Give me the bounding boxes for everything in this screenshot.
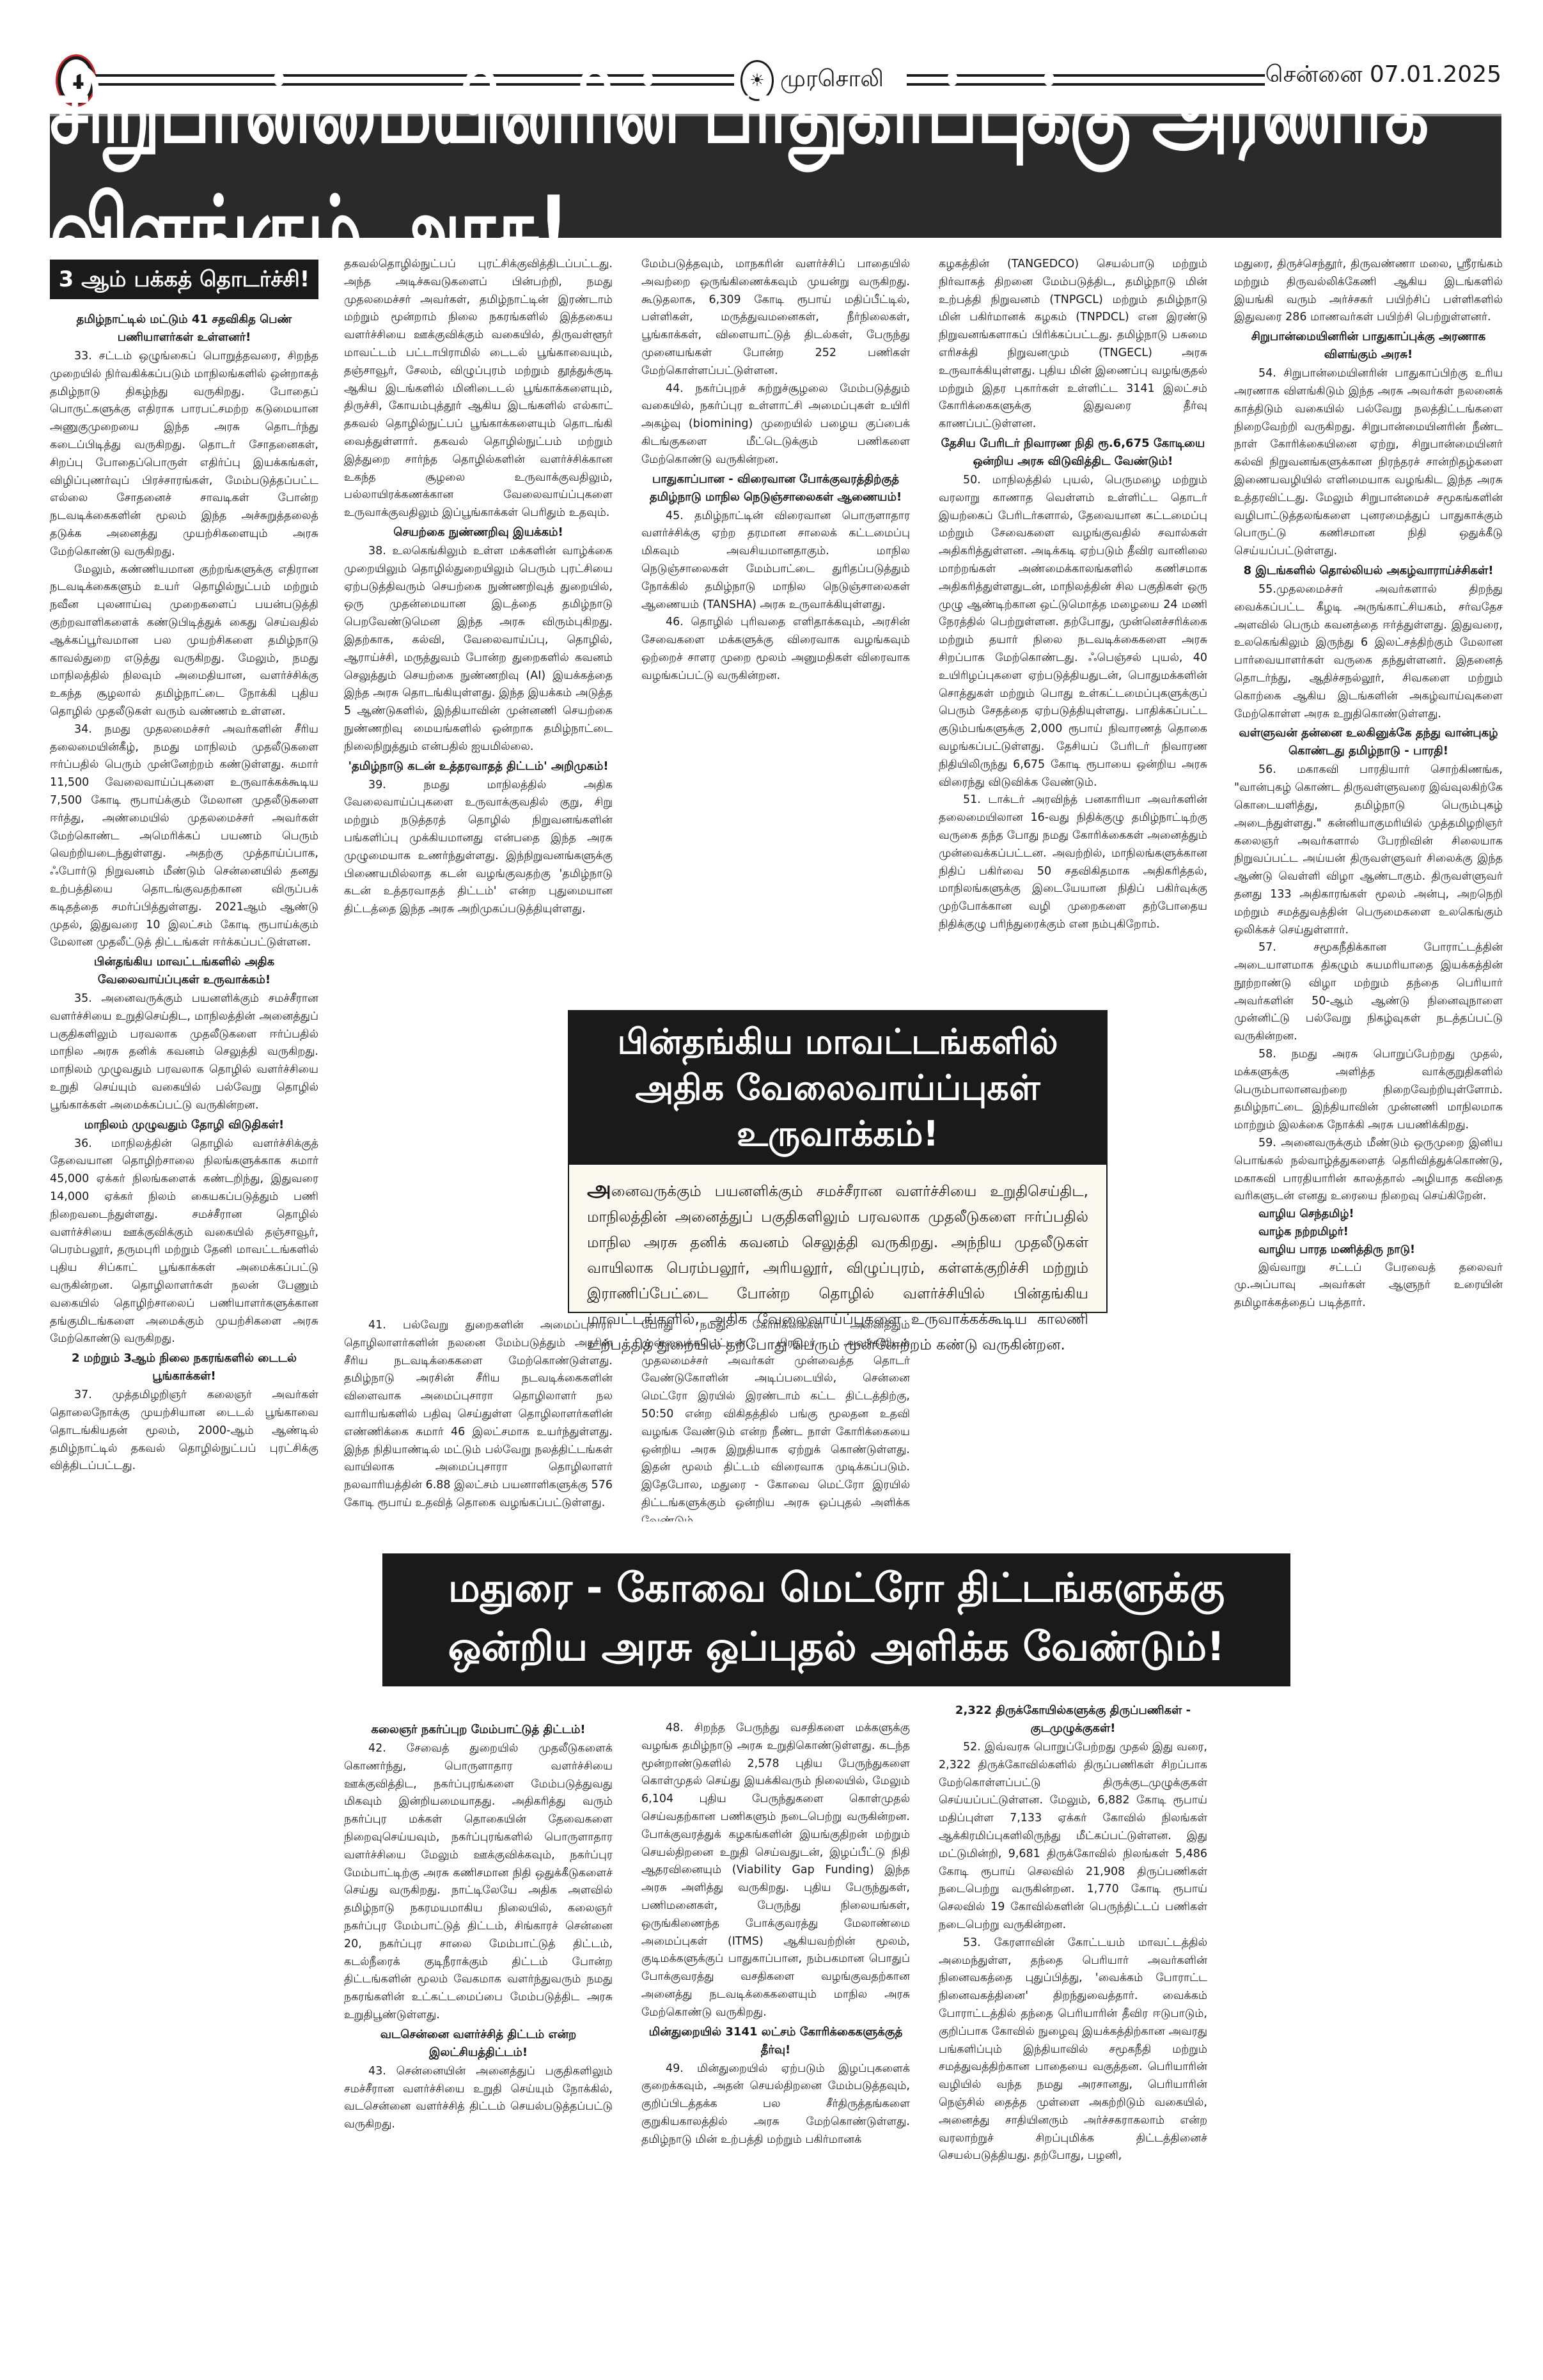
closing-line: வாழிய செந்தமிழ்! (1234, 1206, 1503, 1224)
paragraph: 43. சென்னையின் அனைத்துப் பகுதிகளிலும் சம… (344, 2063, 613, 2134)
column-3-top: மேம்படுத்தவும், மாநகரின் வளர்ச்சிப் பாதை… (641, 256, 910, 953)
column-2-middle: 41. பல்வேறு துறைகளின் அமைப்புசாரா தொழிலா… (344, 1317, 613, 1521)
subheading: 'தமிழ்நாடு கடன் உத்தரவாதத் திட்டம்' அறிம… (344, 758, 613, 775)
column-1: 3 ஆம் பக்கத் தொடர்ச்சி! தமிழ்நாட்டில் மட… (50, 256, 318, 1475)
paragraph: 42. சேவைத் துறையில் முதலீடுகளைக் கொணர்ந்… (344, 1740, 613, 2025)
paragraph: போது நமது கோரிக்கைகள் அனைத்தும் முன்வைக்… (641, 1317, 910, 1521)
metro-headline-banner: மதுரை - கோவை மெட்ரோ திட்டங்களுக்கு ஒன்றி… (382, 1553, 1290, 1686)
subheading: கலைஞர் நகர்ப்புற மேம்பாட்டுத் திட்டம்! (344, 1721, 613, 1739)
paragraph: 51. டாக்டர் அரவிந்த் பனகாரியா அவர்களின் … (939, 791, 1207, 933)
paragraph: 34. நமது முதலமைச்சர் அவர்களின் சீரிய தலை… (50, 721, 318, 952)
column-4-bottom: 2,322 திருக்கோயில்களுக்கு திருப்பணிகள் -… (939, 1700, 1207, 2365)
newspaper-page: 4 ☀ முரசொலி சென்னை 07.01.2025 சிறுபான்மை… (50, 0, 1501, 2380)
column-2-top: தகவல்தொழில்நுட்பப் புரட்சிக்குவித்திடப்ப… (344, 256, 613, 953)
column-4: கழகத்தின் (TANGEDCO) செயல்பாடு மற்றும் ந… (939, 256, 1207, 1547)
paragraph: 35. அனைவருக்கும் பயனளிக்கும் சமச்சீரான வ… (50, 990, 318, 1115)
paragraph: மேலும், கண்ணியமான குற்றங்களுக்கு எதிரான … (50, 561, 318, 721)
paragraph: 48. சிறந்த பேருந்து வசதிகளை மக்களுக்கு வ… (641, 1720, 910, 2022)
paragraph: 36. மாநிலத்தின் தொழில் வளர்ச்சிக்குத் தே… (50, 1135, 318, 1349)
paragraph: 45. தமிழ்நாட்டின் விரைவான பொருளாதார வளர்… (641, 508, 910, 614)
subheading: பின்தங்கிய மாவட்டங்களில் அதிக வேலைவாய்ப்… (50, 953, 318, 989)
paragraph: 44. நகர்ப்புறச் சுற்றுச்சூழலை மேம்படுத்த… (641, 380, 910, 469)
paragraph: 37. முத்தமிழறிஞர் கலைஞர் அவர்கள் தொலைநோக… (50, 1387, 318, 1475)
paragraph: 41. பல்வேறு துறைகளின் அமைப்புசாரா தொழிலா… (344, 1317, 613, 1513)
column-5: மதுரை, திருச்செந்தூர், திருவண்ணா மலை, ஸ்… (1234, 256, 1503, 1312)
paragraph: இவ்வாறு சட்டப் பேரவைத் தலைவர் மு.அப்பாவு… (1234, 1259, 1503, 1312)
paragraph: மதுரை, திருச்செந்தூர், திருவண்ணா மலை, ஸ்… (1234, 256, 1503, 327)
main-headline-banner: சிறுபான்மையினரின் பாதுகாப்புக்கு அரணாக வ… (50, 114, 1501, 238)
paragraph: 39. நமது மாநிலத்தில் அதிக வேலைவாய்ப்புகள… (344, 777, 613, 919)
subheading: மாநிலம் முழுவதும் தோழி விடுதிகள்! (50, 1116, 318, 1134)
paragraph: 56. மகாகவி பாரதியார் சொற்கிணங்க, "வான்பு… (1234, 761, 1503, 939)
column-3-middle: போது நமது கோரிக்கைகள் அனைத்தும் முன்வைக்… (641, 1317, 910, 1521)
paragraph: கழகத்தின் (TANGEDCO) செயல்பாடு மற்றும் ந… (939, 256, 1207, 433)
subheading: 8 இடங்களில் தொல்லியல் அகழ்வாராய்ச்சிகள்! (1234, 562, 1503, 580)
subheading: வடசென்னை வளர்ச்சித் திட்டம் என்ற இலட்சிய… (344, 2026, 613, 2062)
paragraph: 57. சமூகநீதிக்கான போராட்டத்தின் அடையாளமா… (1234, 939, 1503, 1046)
paragraph: தகவல்தொழில்நுட்பப் புரட்சிக்குவித்திடப்ப… (344, 256, 613, 522)
paragraph: 54. சிறுபான்மையினரின் பாதுகாப்பிற்கு உரி… (1234, 365, 1503, 561)
drop-cap: அ (587, 1176, 611, 1202)
paragraph: 55.முதலமைச்சர் அவர்களால் திறந்து வைக்கப்… (1234, 581, 1503, 723)
paragraph: 50. மாநிலத்தில் புயல், பெருமழை மற்றும் வ… (939, 472, 1207, 791)
paragraph: 59. அனைவருக்கும் மீண்டும் ஒருமுறை இனிய ப… (1234, 1135, 1503, 1206)
paragraph: 52. இவ்வரசு பொறுப்பேற்றது முதல் இது வரை,… (939, 1739, 1207, 1934)
paragraph: 46. தொழில் புரிவதை எளிதாக்கவும், அரசின் … (641, 614, 910, 685)
subheading: பாதுகாப்பான - விரைவான போக்குவரத்திற்குத்… (641, 471, 910, 506)
metro-headline-line-1: மதுரை - கோவை மெட்ரோ திட்டங்களுக்கு (382, 1559, 1290, 1617)
subheading: வள்ளுவன் தன்னை உலகினுக்கே தந்து வான்புகழ… (1234, 724, 1503, 760)
subheading: தேசிய பேரிடர் நிவாரண நிதி ரூ.6,675 கோடிய… (939, 435, 1207, 471)
subheading: 2 மற்றும் 3ஆம் நிலை நகரங்களில் டைடல் பூங… (50, 1349, 318, 1385)
subheading: 2,322 திருக்கோயில்களுக்கு திருப்பணிகள் -… (939, 1702, 1207, 1738)
column-2-bottom: கலைஞர் நகர்ப்புற மேம்பாட்டுத் திட்டம்! 4… (344, 1720, 613, 2372)
closing-line: வாழிய பாரத மணித்திரு நாடு! (1234, 1241, 1503, 1259)
subheading: செயற்கை நுண்ணறிவு இயக்கம்! (344, 524, 613, 541)
metro-headline-line-2: ஒன்றிய அரசு ஒப்புதல் அளிக்க வேண்டும்! (382, 1617, 1290, 1676)
paragraph: 53. கேரளாவின் கோட்டயம் மாவட்டத்தில் அமைந… (939, 1934, 1207, 2165)
continuation-badge: 3 ஆம் பக்கத் தொடர்ச்சி! (50, 260, 318, 299)
paragraph: 38. உலகெங்கிலும் உள்ள மக்களின் வாழ்க்கை … (344, 543, 613, 756)
subheading: தமிழ்நாட்டில் மட்டும் 41 சதவிகித பெண் பண… (50, 311, 318, 346)
paragraph: 33. சட்டம் ஒழுங்கைப் பொறுத்தவரை, சிறந்த … (50, 348, 318, 561)
paragraph: 49. மின்துறையில் ஏற்படும் இழப்புகளைக் கு… (641, 2060, 910, 2149)
closing-line: வாழ்க நற்றமிழர்! (1234, 1224, 1503, 1241)
paragraph: 58. நமது அரசு பொறுப்பேற்றது முதல், மக்கள… (1234, 1046, 1503, 1135)
subheading: மின்துறையில் 3141 லட்சம் கோரிக்கைகளுக்கு… (641, 2023, 910, 2059)
paragraph: மேம்படுத்தவும், மாநகரின் வளர்ச்சிப் பாதை… (641, 256, 910, 380)
subheading: சிறுபான்மையினரின் பாதுகாப்புக்கு அரணாக வ… (1234, 328, 1503, 364)
column-3-bottom: 48. சிறந்த பேருந்து வசதிகளை மக்களுக்கு வ… (641, 1720, 910, 2372)
